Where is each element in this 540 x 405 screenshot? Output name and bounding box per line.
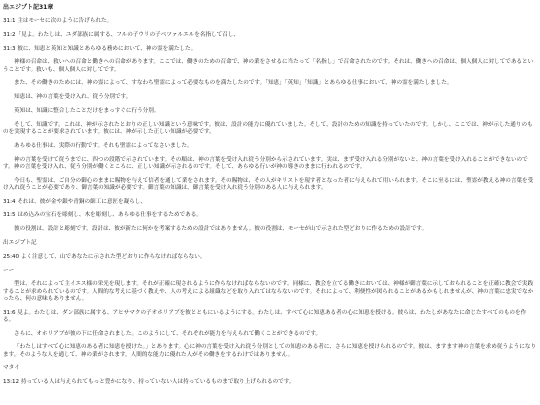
- reference-book: 出エジプト記: [3, 240, 537, 247]
- page-title: 出エジプト記31章: [3, 4, 537, 12]
- commentary-paragraph: また、その働きのためには、神の霊によって、すなわち聖霊によって必要なものを満たし…: [3, 80, 537, 87]
- verse-31-3: 31:3 彼に、知恵と英知と知識とあらゆる務めにおいて、神の霊を満たした。: [3, 46, 537, 53]
- commentary-paragraph: 「わたしはすべて心に知恵のある者に知恵を授けた。」とあります。心に神の言葉を受け…: [3, 344, 537, 358]
- commentary-paragraph: あらゆる仕事は、実際の行動です。それも聖霊によってなさいました。: [3, 143, 537, 150]
- commentary-paragraph: さらに、オホリアブが彼の下に任命されました。このようにして、それぞれが能力を与え…: [3, 331, 537, 338]
- verse-31-2: 31:2「見よ。わたしは、ユダ部族に属する、フルの子ウリの子ベツァルエルを名指し…: [3, 32, 537, 39]
- commentary-paragraph: 神様の召命は、救いへの召命と働きへの召命があります。ここでは、働きのための召命で…: [3, 59, 537, 73]
- commentary-paragraph: そして、知識です。これは、神が示されたとおりの正しい知識という意味です。彼は、設…: [3, 122, 537, 136]
- document-page: 出エジプト記31章 31:1 主はモーセに次のように告げられた。 31:2「見よ…: [0, 0, 540, 386]
- commentary-paragraph: 彼の役割は、設計と彫刻です。設計は、彼が新たに何かを考案するための設計ではありま…: [3, 226, 537, 233]
- verse-31-1: 31:1 主はモーセに次のように告げられた。: [3, 18, 537, 25]
- commentary-paragraph: 神の言葉を受けて従うまでに、四つの段階で示されています。その順は、神の言葉を受け…: [3, 157, 537, 171]
- verse-31-5: 31:5 はめ込みの宝石を彫刻し、木を彫刻し、あらゆる仕事をするためである。: [3, 212, 537, 219]
- verse-31-4: 31:4 それは、彼が金や銀や青銅の細工に意匠を凝らし、: [3, 199, 537, 206]
- commentary-paragraph: 英知は、知識に整合したことだけをまっすぐに行う分別。: [3, 108, 537, 115]
- separator: ーー: [3, 268, 537, 275]
- commentary-paragraph: 型は、それによって主イエス様の栄光を現します。それが正確に現されるように作らなけ…: [3, 281, 537, 303]
- commentary-paragraph: 今日も、聖霊は、ご自分の御心のままに賜物を与えて信者を通して業をされます。その賜…: [3, 178, 537, 192]
- verse-25-40: 25:40 よく注意して、山であなたに示された型どおりに作らなければならない。: [3, 254, 537, 261]
- verse-13-12: 13:12 持っている人は与えられてもっと豊かになり、持っていない人は持っている…: [3, 379, 537, 386]
- commentary-paragraph: 知恵は、神の言葉を受け入れ、従う分別です。: [3, 94, 537, 101]
- reference-book: マタイ: [3, 365, 537, 372]
- verse-31-6: 31:6 見よ。わたしは、ダン部族に属する、アヒサマクの子オホリアブを彼とともに…: [3, 310, 537, 324]
